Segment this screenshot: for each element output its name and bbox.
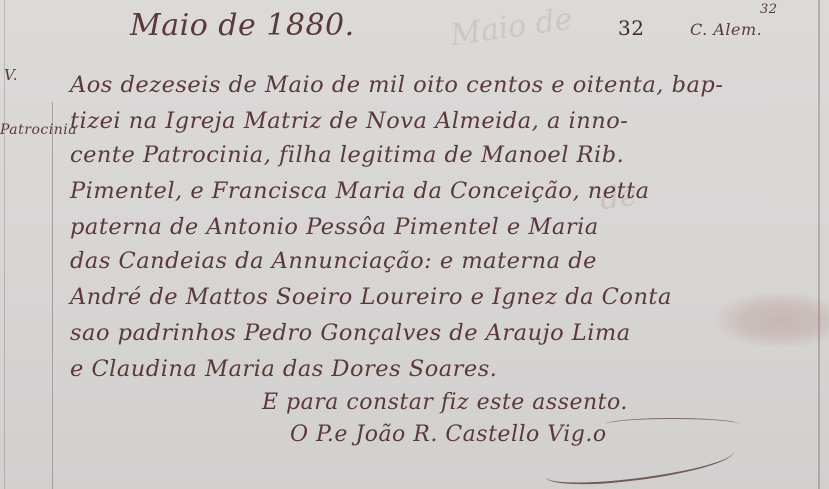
body-line: tizei na Igreja Matriz de Nova Almeida, … xyxy=(70,108,628,134)
bleed-through-text: Maio de xyxy=(448,2,574,54)
signature: O P.e João R. Castello Vig.o xyxy=(290,422,607,447)
body-line: cente Patrocinia, filha legitima de Mano… xyxy=(70,142,624,168)
margin-name: Patrocinia xyxy=(0,122,77,138)
body-line: Pimentel, e Francisca Maria da Conceição… xyxy=(70,178,650,204)
corner-number: 32 xyxy=(760,2,778,17)
page-number: 32 xyxy=(618,16,644,40)
body-line: e Claudina Maria das Dores Soares. xyxy=(70,356,497,382)
page-edge-right xyxy=(818,0,820,489)
margin-rule xyxy=(52,102,53,489)
body-line: das Candeias da Annunciação: e materna d… xyxy=(70,248,597,274)
margin-note: V. xyxy=(4,66,18,84)
closing-underline xyxy=(605,418,740,431)
document-page: Maio de de Maio de 1880. 32 C. Alem. 32 … xyxy=(0,0,829,489)
corner-note: C. Alem. xyxy=(690,20,762,39)
header-date: Maio de 1880. xyxy=(130,8,355,43)
body-line: Aos dezeseis de Maio de mil oito centos … xyxy=(70,72,723,98)
body-line: sao padrinhos Pedro Gonçalves de Araujo … xyxy=(70,320,631,346)
body-line: André de Mattos Soeiro Loureiro e Ignez … xyxy=(70,284,672,310)
closing-statement: E para constar fiz este assento. xyxy=(262,390,628,415)
body-line: paterna de Antonio Pessôa Pimentel e Mar… xyxy=(70,214,599,240)
